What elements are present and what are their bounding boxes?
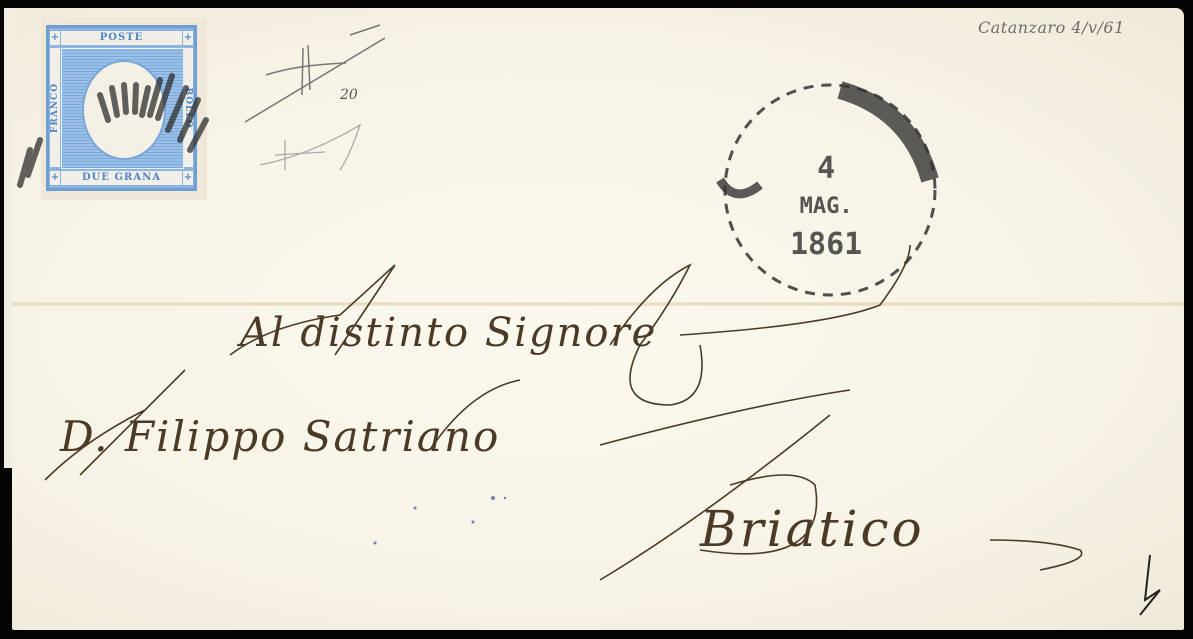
pencil-count-note: 20 — [340, 87, 358, 103]
postmark-month: MAG. — [790, 188, 862, 226]
address-salutation: Al distinto Signore — [240, 310, 657, 356]
postmark-date: 4 MAG. 1861 — [790, 150, 862, 264]
postmark-year: 1861 — [790, 226, 862, 264]
postmark-day: 4 — [790, 150, 862, 188]
signature-initials-icon — [1140, 555, 1160, 615]
grill-cancel-icon — [20, 76, 206, 185]
address-recipient: D. Filippo Satriano — [60, 412, 500, 461]
pencil-origin-note: Catanzaro 4/v/61 — [978, 18, 1125, 37]
address-town: Briatico — [700, 500, 925, 558]
ink-specks — [374, 496, 507, 545]
